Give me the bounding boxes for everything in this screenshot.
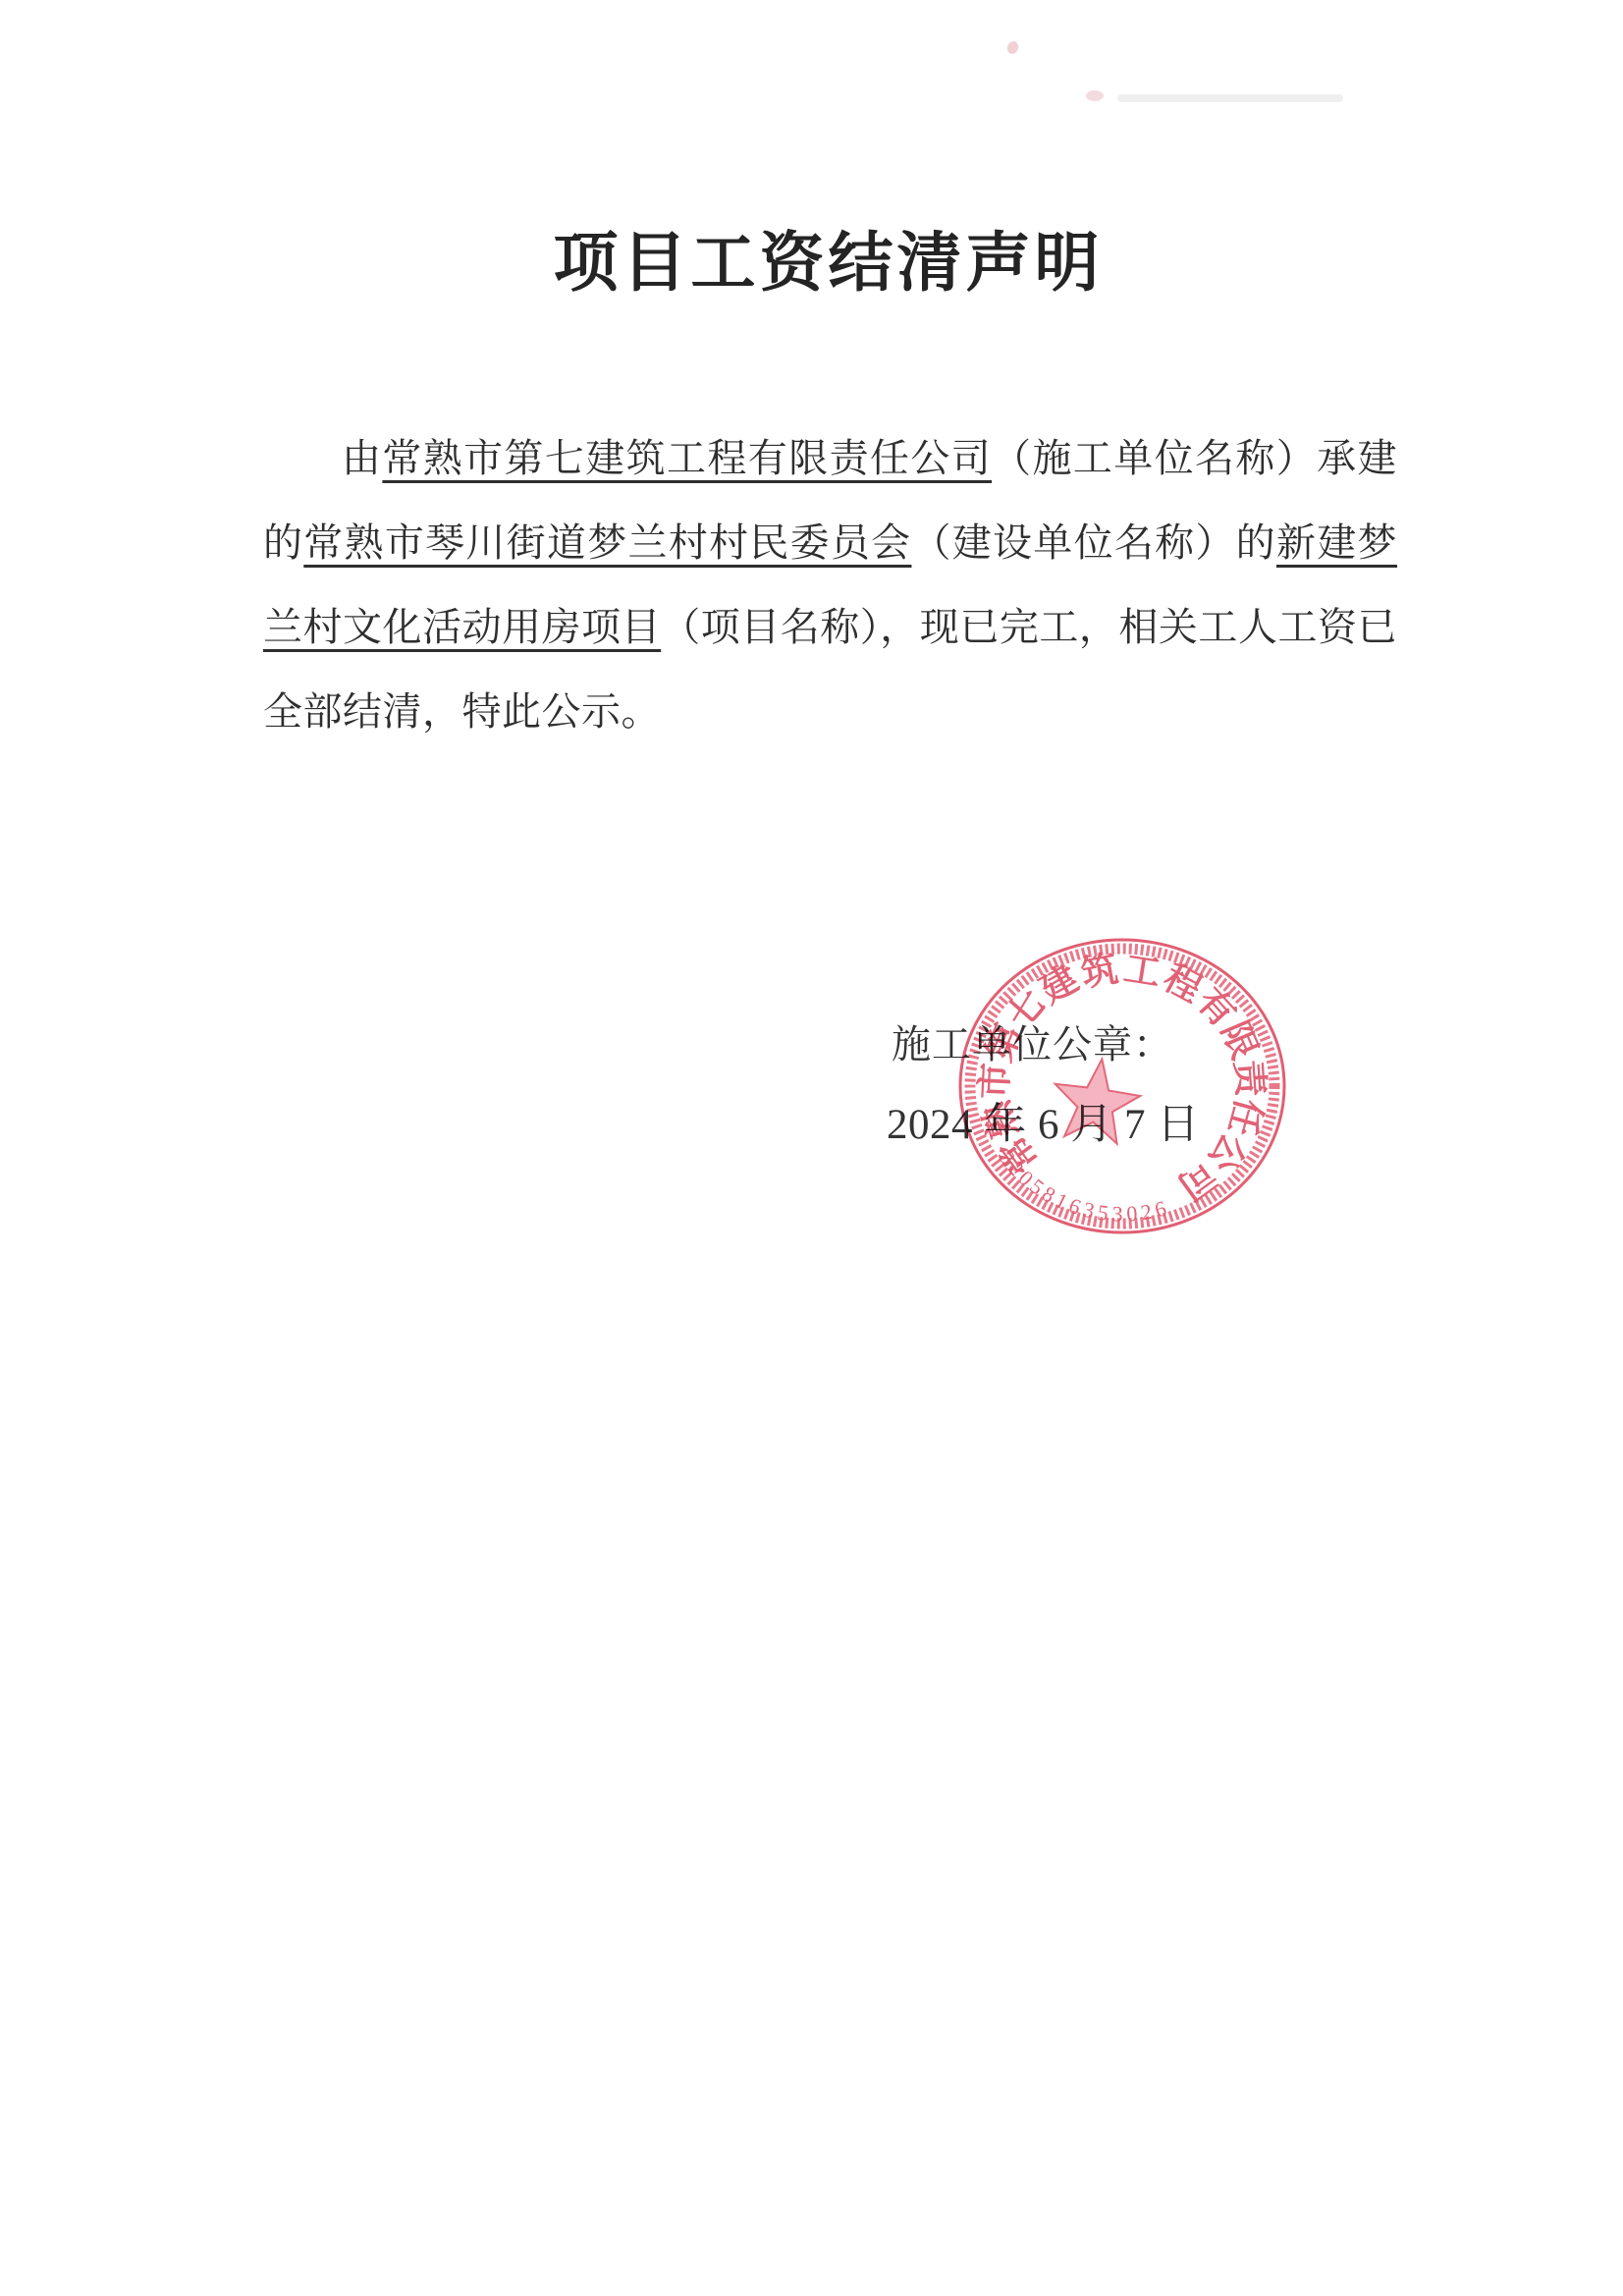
seal-company-name-char: 责 [1227, 1059, 1271, 1100]
text-segment: （建设单位名称）的 [911, 520, 1276, 565]
ink-speck [1005, 40, 1020, 56]
text-segment: 常熟市琴川街道梦兰村村民委员会 [303, 520, 911, 565]
seal-company-name-char: 筑 [1078, 948, 1121, 995]
seal-company-name-char: 工 [1121, 949, 1163, 994]
document-page: 项目工资结清声明 由常熟市第七建筑工程有限责任公司（施工单位名称）承建的常熟市琴… [0, 0, 1623, 2296]
document-title: 项目工资结清声明 [0, 229, 1623, 300]
text-segment: 常熟市第七建筑工程有限责任公司 [382, 436, 992, 480]
star-icon [1055, 1059, 1141, 1143]
seal-company-name-char: 市 [974, 1062, 1017, 1100]
seal-serial-char: 0 [1125, 1201, 1138, 1227]
text-segment: 由 [342, 436, 382, 480]
company-seal-stamp: 常熟市第七建筑工程有限责任公司3205816353026 [946, 919, 1299, 1253]
ink-speck-2 [1086, 90, 1104, 101]
seal-serial-char: 3 [1111, 1201, 1123, 1226]
statement-paragraph: 由常熟市第七建筑工程有限责任公司（施工单位名称）承建的常熟市琴川街道梦兰村村民委… [263, 416, 1397, 754]
scan-smudge [1117, 94, 1343, 102]
